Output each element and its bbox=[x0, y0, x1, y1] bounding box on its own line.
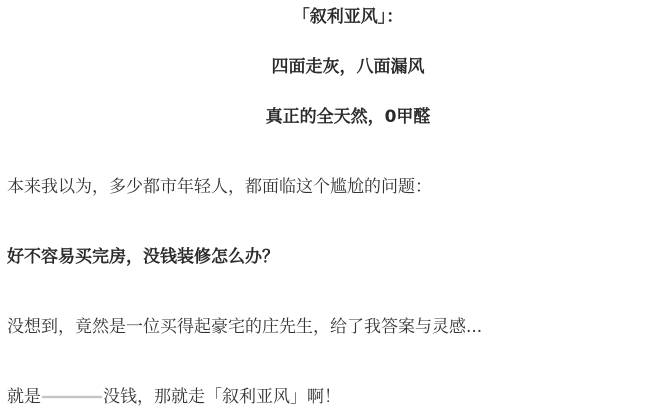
heading-line-2: 四面走灰，八面漏风 bbox=[0, 55, 670, 79]
paragraph-4: 就是没钱，那就走「叙利亚风」啊！ bbox=[7, 385, 341, 409]
paragraph-2-bold: 好不容易买完房，没钱装修怎么办？ bbox=[7, 245, 279, 269]
paragraph-4-end: 没钱，那就走「叙利亚风」啊！ bbox=[103, 387, 341, 407]
em-dash-divider bbox=[42, 396, 102, 398]
paragraph-3: 没想到，竟然是一位买得起豪宅的庄先生，给了我答案与灵感... bbox=[7, 315, 482, 339]
paragraph-1: 本来我以为，多少都市年轻人，都面临这个尴尬的问题： bbox=[7, 175, 432, 199]
heading-line-1: 「叙利亚风」： bbox=[0, 5, 670, 29]
paragraph-4-start: 就是 bbox=[7, 387, 41, 407]
heading-line-3: 真正的全天然，0甲醛 bbox=[0, 105, 670, 129]
